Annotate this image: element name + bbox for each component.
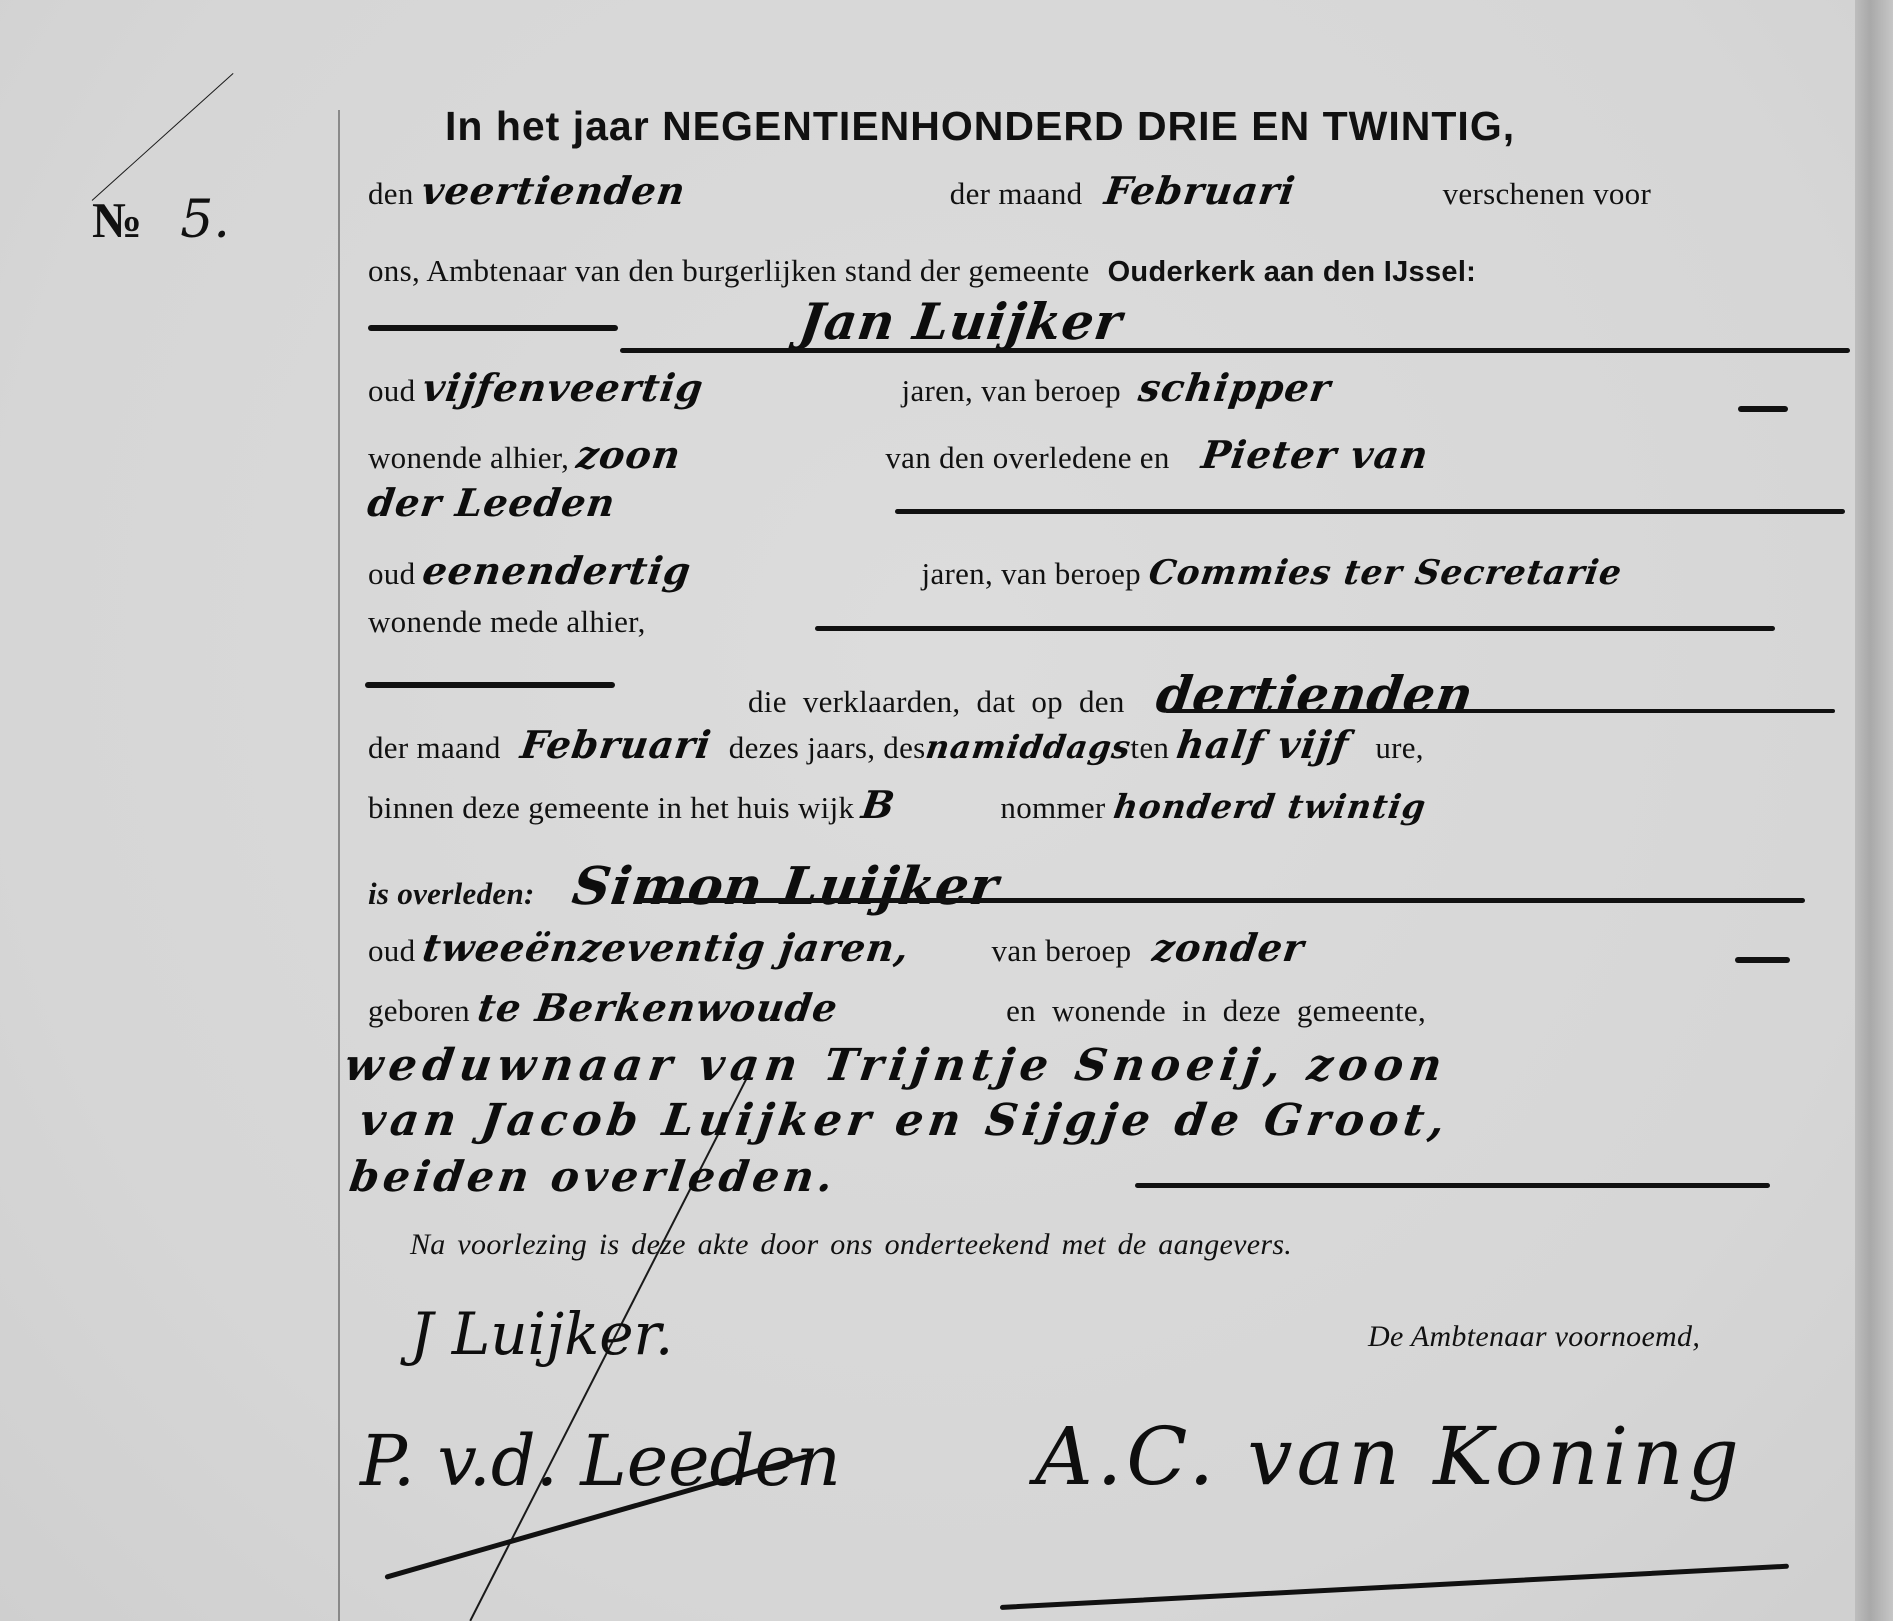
label-der-maand: der maand	[950, 176, 1083, 211]
line-declaration: die verklaarden, dat op den dertienden	[748, 665, 1473, 724]
line-deceased-age: oud tweeënzeventig jaren, van beroep zon…	[368, 925, 1305, 970]
line-official: ons, Ambtenaar van den burgerlijken stan…	[368, 253, 1476, 289]
label-is-overleden: is overleden:	[368, 876, 535, 911]
line-declarant2-residence: wonende mede alhier,	[368, 604, 646, 640]
record-number: №5.	[92, 190, 230, 250]
official-label: De Ambtenaar voornoemd,	[1368, 1320, 1700, 1354]
label-van-beroep: jaren, van beroep	[902, 373, 1121, 408]
label-geboren: geboren	[368, 993, 470, 1028]
line-declarant2: der Leeden	[368, 480, 615, 525]
label-oud: oud	[368, 556, 415, 591]
field-deceased-age: tweeënzeventig jaren,	[420, 925, 986, 970]
label-van-beroep: jaren, van beroep	[922, 556, 1141, 591]
fill-line	[1735, 957, 1790, 963]
line-address: binnen deze gemeente in het huis wijk B …	[368, 782, 1426, 827]
label-ure: ure,	[1375, 730, 1424, 765]
municipality-name: Ouderkerk aan den IJssel:	[1108, 256, 1477, 288]
field-spouse: weduwnaar van Trijntje Snoeij, zoon	[341, 1040, 1451, 1091]
fill-line	[620, 348, 1850, 353]
margin-diagonal-stroke	[92, 73, 234, 201]
document-page: №5. In het jaar NEGENTIENHONDERD DRIE EN…	[0, 0, 1893, 1621]
field-declarant1-age: vijfenveertig	[420, 365, 896, 410]
label-binnen-deze-gemeente: binnen deze gemeente in het huis wijk	[368, 790, 854, 825]
line-declarant2-age: oud eenendertig jaren, van beroep Commie…	[368, 548, 1622, 593]
label-van-den-overledene: van den overledene en	[885, 440, 1169, 475]
fill-line	[368, 325, 618, 331]
label-van-beroep: van beroep	[992, 933, 1132, 968]
field-house-number: honderd twintig	[1111, 787, 1429, 826]
line-declarant1: Jan Luijker	[800, 292, 1122, 351]
field-parents-status: beiden overleden.	[347, 1152, 840, 1201]
heading-year: NEGENTIENHONDERD DRIE EN TWINTIG,	[662, 103, 1515, 149]
field-deceased-name: Simon Luijker	[568, 856, 1002, 917]
signature-declarant1: J Luijker.	[410, 1300, 673, 1368]
closing-text: Na voorlezing is deze akte door ons onde…	[410, 1228, 1292, 1261]
signature-declarant2: P. v.d. Leeden	[360, 1420, 841, 1502]
record-number-value: 5.	[180, 190, 230, 250]
margin-rule	[338, 110, 340, 1621]
field-declarant2-age: eenendertig	[420, 548, 916, 593]
line-declarant1-age: oud vijfenveertig jaren, van beroep schi…	[368, 365, 1331, 410]
line-birthplace: geboren te Berkenwoude en wonende in dez…	[368, 985, 1426, 1030]
label-wonende-alhier: wonende alhier,	[368, 440, 569, 475]
label-ten: ten	[1130, 730, 1169, 765]
field-death-time: half vijf	[1174, 722, 1370, 767]
page-title: In het jaar NEGENTIENHONDERD DRIE EN TWI…	[445, 103, 1515, 150]
label-oud: oud	[368, 933, 415, 968]
heading-prefix: In het jaar	[445, 103, 650, 149]
label-dezes-jaars: dezes jaars, des	[729, 730, 926, 765]
field-declarant1-occupation: schipper	[1136, 365, 1334, 410]
field-declaration-month: Februari	[1101, 168, 1437, 213]
page-edge-shadow	[1855, 0, 1893, 1621]
fill-line	[640, 898, 1805, 903]
label-ambtenaar: ons, Ambtenaar van den burgerlijken stan…	[368, 253, 1090, 288]
field-birthplace: te Berkenwoude	[475, 985, 1001, 1030]
label-die-verklaarden: die verklaarden, dat op den	[748, 684, 1125, 719]
field-death-day: dertienden	[1153, 665, 1478, 724]
line-death-time: der maand Februari dezes jaars, desnamid…	[368, 722, 1424, 767]
fill-line	[895, 509, 1845, 514]
field-relation: zoon	[574, 432, 880, 477]
field-declarant2-name-part2: der Leeden	[365, 480, 619, 525]
field-declarant2-name-part1: Pieter van	[1199, 432, 1432, 477]
fill-line	[1738, 406, 1788, 412]
line-parents: van Jacob Luijker en Sijgje de Groot,	[360, 1095, 1449, 1146]
official-label-text: De Ambtenaar voornoemd,	[1368, 1320, 1700, 1353]
label-verschenen-voor: verschenen voor	[1443, 176, 1652, 211]
label-oud: oud	[368, 373, 415, 408]
label-den: den	[368, 176, 414, 211]
signature-flourish	[1000, 1564, 1789, 1610]
field-parents: van Jacob Luijker en Sijgje de Groot,	[356, 1095, 1453, 1146]
field-deceased-occupation: zonder	[1150, 925, 1308, 970]
fill-line	[815, 626, 1775, 631]
field-daypart: namiddags	[923, 728, 1133, 766]
line-parents-status: beiden overleden.	[350, 1152, 836, 1201]
field-declarant2-occupation: Commies ter Secretarie	[1146, 553, 1625, 593]
field-declarant1-name: Jan Luijker	[796, 292, 1127, 351]
line-declarant1-residence: wonende alhier, zoon van den overledene …	[368, 432, 1428, 477]
field-declaration-day: veertienden	[419, 168, 945, 213]
label-wonende-in-deze-gemeente: en wonende in deze gemeente,	[1006, 993, 1426, 1028]
label-nommer: nommer	[1000, 790, 1105, 825]
label-der-maand: der maand	[368, 730, 501, 765]
record-number-label: №	[92, 192, 142, 248]
label-wonende-mede-alhier: wonende mede alhier,	[368, 604, 646, 639]
fill-line	[1165, 709, 1835, 713]
fill-line	[365, 682, 615, 688]
line-date: den veertienden der maand Februari versc…	[368, 168, 1651, 213]
line-spouse: weduwnaar van Trijntje Snoeij, zoon	[345, 1040, 1447, 1091]
line-deceased: is overleden: Simon Luijker	[368, 856, 998, 917]
signature-official: A.C. van Koning	[1035, 1410, 1743, 1503]
fill-line	[1135, 1183, 1770, 1188]
field-death-month: Februari	[518, 722, 724, 767]
closing-statement: Na voorlezing is deze akte door ons onde…	[410, 1228, 1292, 1262]
field-wijk: B	[859, 782, 995, 827]
